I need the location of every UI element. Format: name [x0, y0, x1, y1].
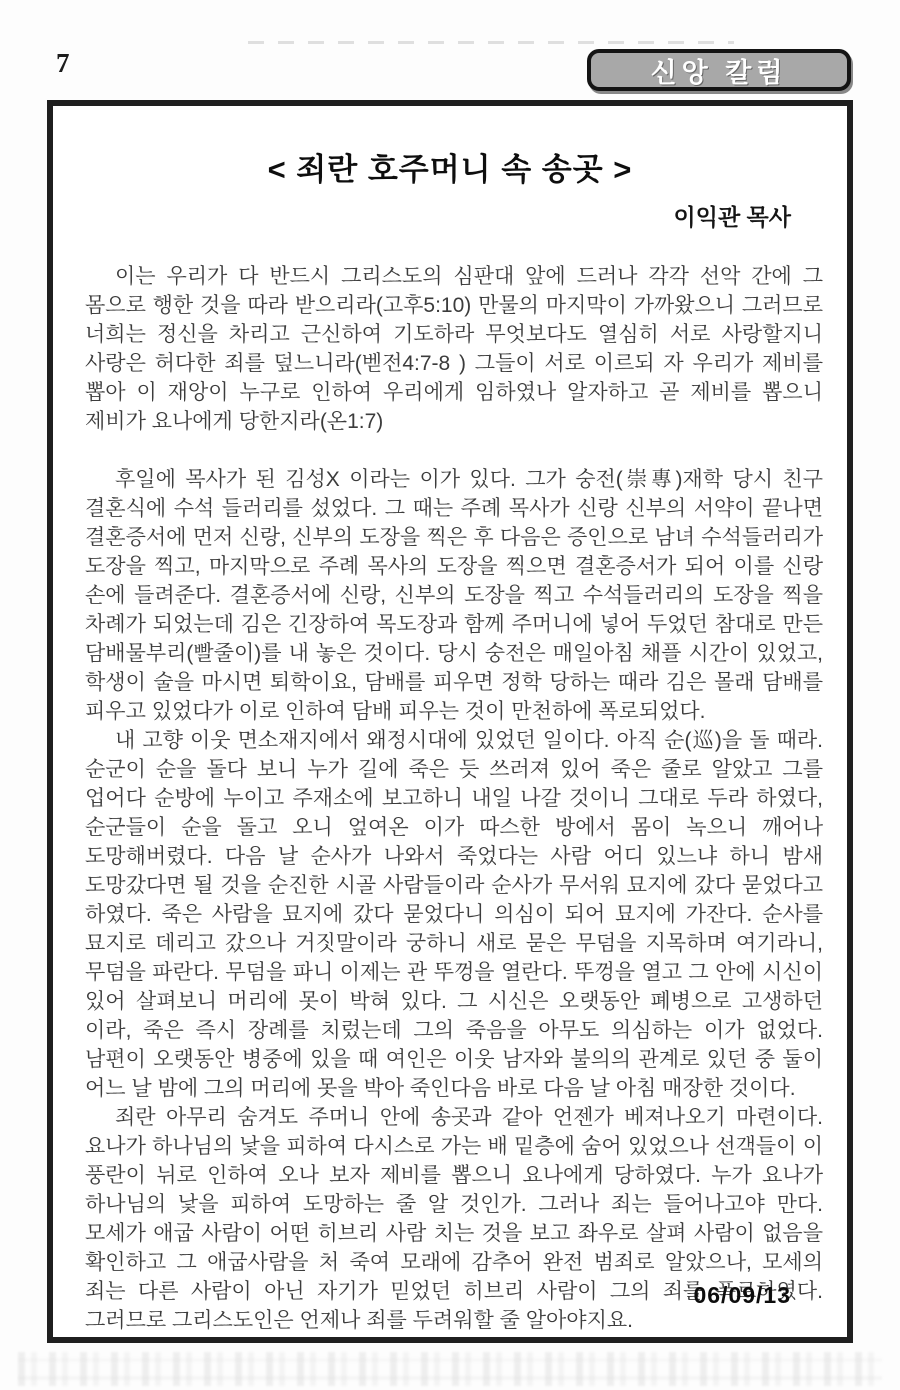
scan-artifact-top: [248, 41, 734, 44]
paragraph-scripture: 이는 우리가 다 반드시 그리스도의 심판대 앞에 드러나 각각 선악 간에 그…: [85, 262, 823, 436]
page-number: 7: [56, 48, 70, 79]
article-body: 이는 우리가 다 반드시 그리스도의 심판대 앞에 드러나 각각 선악 간에 그…: [53, 262, 847, 1335]
section-badge: 신앙 칼럼: [587, 49, 851, 91]
paragraph-wedding-story: 후일에 목사가 된 김성X 이라는 이가 있다. 그가 숭전(崇專)재학 당시 …: [85, 465, 823, 726]
scan-artifact-bottom: [18, 1352, 882, 1386]
section-badge-label: 신앙 칼럼: [651, 51, 788, 90]
article-title: < 죄란 호주머니 속 송곳 >: [53, 144, 847, 189]
paragraph-village-story: 내 고향 이웃 면소재지에서 왜정시대에 있었던 일이다. 아직 순(巡)을 돌…: [85, 726, 823, 1103]
article-author: 이익관 목사: [53, 199, 847, 232]
article-date: 06/09/13: [693, 1282, 791, 1309]
article-box: < 죄란 호주머니 속 송곳 > 이익관 목사 이는 우리가 다 반드시 그리스…: [47, 100, 853, 1343]
